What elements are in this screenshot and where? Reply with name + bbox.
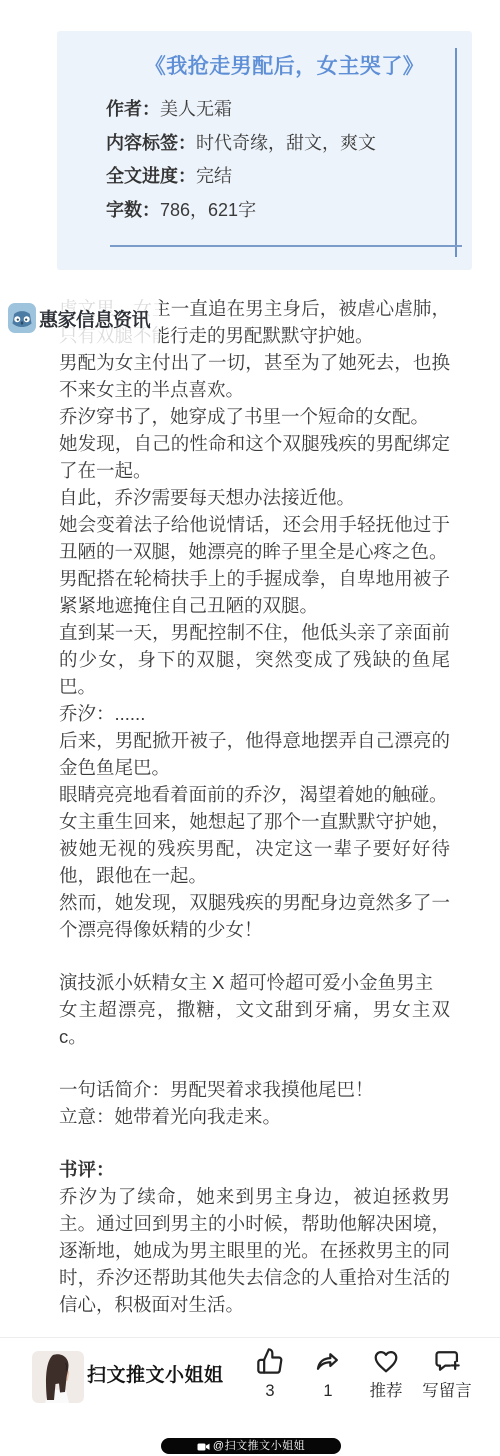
author-name[interactable]: 扫文推文小姐姐: [87, 1365, 224, 1387]
meta-row-wordcount: 字数：786，621字: [106, 194, 452, 228]
share-count: 1: [323, 1380, 332, 1402]
story-paragraph: 她发现，自己的性命和这个双腿残疾的男配绑定了在一起。: [59, 430, 450, 484]
meta-row-progress: 全文进度：完结: [106, 160, 452, 194]
story-paragraph: 男配搭在轮椅扶手上的手握成拳，自卑地用被子紧紧地遮掩住自己丑陋的双腿。: [59, 565, 450, 619]
story-paragraph: 乔汐为了续命，她来到男主身边，被迫拯救男主。通过回到男主的小时候，帮助他解决困境…: [59, 1183, 450, 1318]
story-paragraph: 一句话简介：男配哭着求我摸他尾巴！: [59, 1076, 450, 1103]
comment-label: 写留言: [422, 1380, 472, 1402]
story-paragraph: 女主超漂亮，撒糖，文文甜到牙痛，男女主双c。: [59, 996, 450, 1050]
footer-bar: 扫文推文小姐姐 3 1 推荐: [0, 1337, 500, 1456]
meta-label: 内容标签：: [106, 133, 196, 153]
story-text: 虐文里，女主一直追在男主身后，被虐心虐肺，只有双腿不能行走的男配默默守护她。 男…: [59, 295, 450, 1318]
comment-plus-icon: [433, 1347, 461, 1375]
story-paragraph: 乔汐：......: [59, 700, 450, 727]
meta-value: 美人无霜: [160, 99, 232, 119]
book-title: 《我抢走男配后，女主哭了》: [57, 52, 472, 82]
meta-value: 786，621字: [160, 200, 256, 220]
camera-icon: [197, 1441, 210, 1452]
story-paragraph: 她会变着法子给他说情话，还会用手轻抚他过于丑陋的一双腿，她漂亮的眸子里全是心疼之…: [59, 511, 450, 565]
story-paragraph: 女主重生回来，她想起了那个一直默默守护她，被她无视的残疾男配，决定这一辈子要好好…: [59, 808, 450, 889]
creator-stamp: @扫文推文小姐姐: [161, 1438, 341, 1454]
story-paragraph: 后来，男配掀开被子，他得意地摆弄自己漂亮的金色鱼尾巴。: [59, 727, 450, 781]
meta-label: 作者：: [106, 99, 160, 119]
horizontal-accent-line: [110, 245, 462, 247]
meta-row-author: 作者：美人无霜: [106, 93, 452, 127]
meta-value: 时代奇缘，甜文，爽文: [196, 133, 376, 153]
meta-value: 完结: [196, 166, 232, 186]
story-paragraph: 直到某一天，男配控制不住，他低头亲了亲面前的少女，身下的双腿，突然变成了残缺的鱼…: [59, 619, 450, 700]
vertical-accent-line: [455, 48, 457, 257]
meta-label: 全文进度：: [106, 166, 196, 186]
recommend-label: 推荐: [370, 1380, 403, 1402]
recommend-button[interactable]: 推荐: [357, 1347, 415, 1402]
provider-watermark: 惠家信息资讯: [8, 303, 150, 333]
book-info-card: 《我抢走男配后，女主哭了》 作者：美人无霜 内容标签：时代奇缘，甜文，爽文 全文…: [57, 31, 472, 270]
story-paragraph: 自此，乔汐需要每天想办法接近他。: [59, 484, 450, 511]
meta-row-tags: 内容标签：时代奇缘，甜文，爽文: [106, 127, 452, 161]
story-paragraph: 然而，她发现，双腿残疾的男配身边竟然多了一个漂亮得像妖精的少女！: [59, 889, 450, 943]
robot-logo-icon: [8, 303, 36, 333]
share-button[interactable]: 1: [299, 1347, 357, 1402]
story-paragraph: 立意：她带着光向我走来。: [59, 1103, 450, 1130]
comment-button[interactable]: 写留言: [418, 1347, 476, 1402]
heart-icon: [372, 1347, 400, 1375]
book-meta: 作者：美人无霜 内容标签：时代奇缘，甜文，爽文 全文进度：完结 字数：786，6…: [106, 93, 452, 227]
thumbs-up-icon: [256, 1347, 284, 1375]
review-heading: 书评：: [59, 1156, 450, 1183]
share-icon: [314, 1347, 342, 1375]
author-avatar[interactable]: [32, 1351, 84, 1403]
story-paragraph: 眼睛亮亮地看着面前的乔汐，渴望着她的触碰。: [59, 781, 450, 808]
story-paragraph: 演技派小妖精女主 X 超可怜超可爱小金鱼男主: [59, 969, 450, 996]
like-count: 3: [265, 1380, 274, 1402]
stamp-text: @扫文推文小姐姐: [213, 1439, 305, 1453]
meta-label: 字数：: [106, 200, 160, 220]
story-paragraph: 男配为女主付出了一切，甚至为了她死去，也换不来女主的半点喜欢。: [59, 349, 450, 403]
story-paragraph: 乔汐穿书了，她穿成了书里一个短命的女配。: [59, 403, 450, 430]
watermark-label: 惠家信息资讯: [39, 305, 150, 332]
like-button[interactable]: 3: [241, 1347, 299, 1402]
